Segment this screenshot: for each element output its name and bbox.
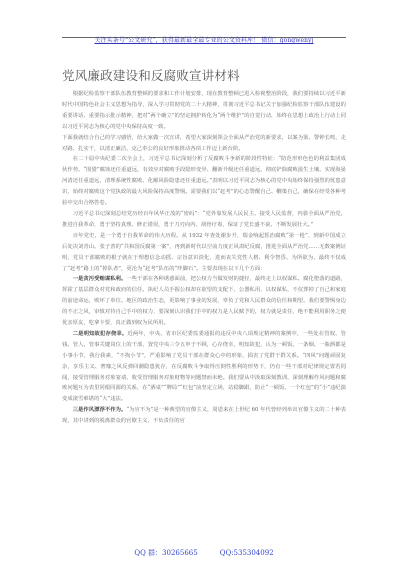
document-page: 关注头条号“公文研究”，获得最新最全最专业的公文资料库！ 微信：gongweny… — [0, 0, 408, 580]
paragraph-code: 习近平总书记深刻总结党历经百年风华正茂的“密码”：“党外靠发展人民民主、接受人民… — [62, 209, 346, 231]
paragraph-history: 百年党史，是一个勇于自我革命的伟大历程。从 1932 年查处谢步升，瑞金响起惩治… — [62, 231, 346, 275]
qq-group-number: QQ 群：30265665 — [134, 549, 197, 557]
qq-number: QQ:535304092 — [220, 549, 274, 557]
header-promo-link[interactable]: 关注头条号“公文研究”，获得最新最全最专业的公文资料库！ 微信：gongweny… — [94, 36, 313, 45]
paragraph-point-one: 一是贪污受贿谋私利。一些干部在各种诱惑面前，把公权力当做发财的捷径，最终走上以权… — [62, 274, 346, 329]
paragraph-plenary: 在二十届中央纪委二次全会上，习近平总书记深刻分析了反腐败斗争新的阶段性特征：“防… — [62, 154, 346, 209]
paragraph-point-two: 二是明知故犯存侥幸。近两年，中央、省市区纪委监委通报的违反中央八项规定精神的案例… — [62, 329, 346, 405]
point-two-heading: 二是明知故犯存侥幸。 — [73, 331, 128, 337]
footer-contact: QQ 群：30265665QQ:535304092 — [0, 548, 408, 558]
paragraph-purpose: 下面我就结合自己的学习感悟，给大家做一次宣讲，希望大家深刻领会全面从严治党的新要… — [62, 133, 346, 155]
document-title: 党风廉政建设和反腐败宣讲材料 — [62, 68, 240, 84]
point-one-heading: 一是贪污受贿谋私利。 — [73, 276, 127, 282]
point-three-heading: 三是作风漂浮不作为。 — [73, 407, 127, 413]
header-banner: 关注头条号“公文研究”，获得最新最全最专业的公文资料库！ 微信：gongweny… — [62, 27, 346, 38]
document-body: 根据纪检监察干部队伍教育整顿的要求和工作计划安排，现在教育整顿已进入检视整治阶段… — [62, 89, 346, 427]
paragraph-intro: 根据纪检监察干部队伍教育整顿的要求和工作计划安排，现在教育整顿已进入检视整治阶段… — [62, 89, 346, 133]
paragraph-point-three: 三是作风漂浮不作为。“为官不为”是一种典型的官僚主义，周恩来在上世纪 60 年代… — [62, 405, 346, 427]
